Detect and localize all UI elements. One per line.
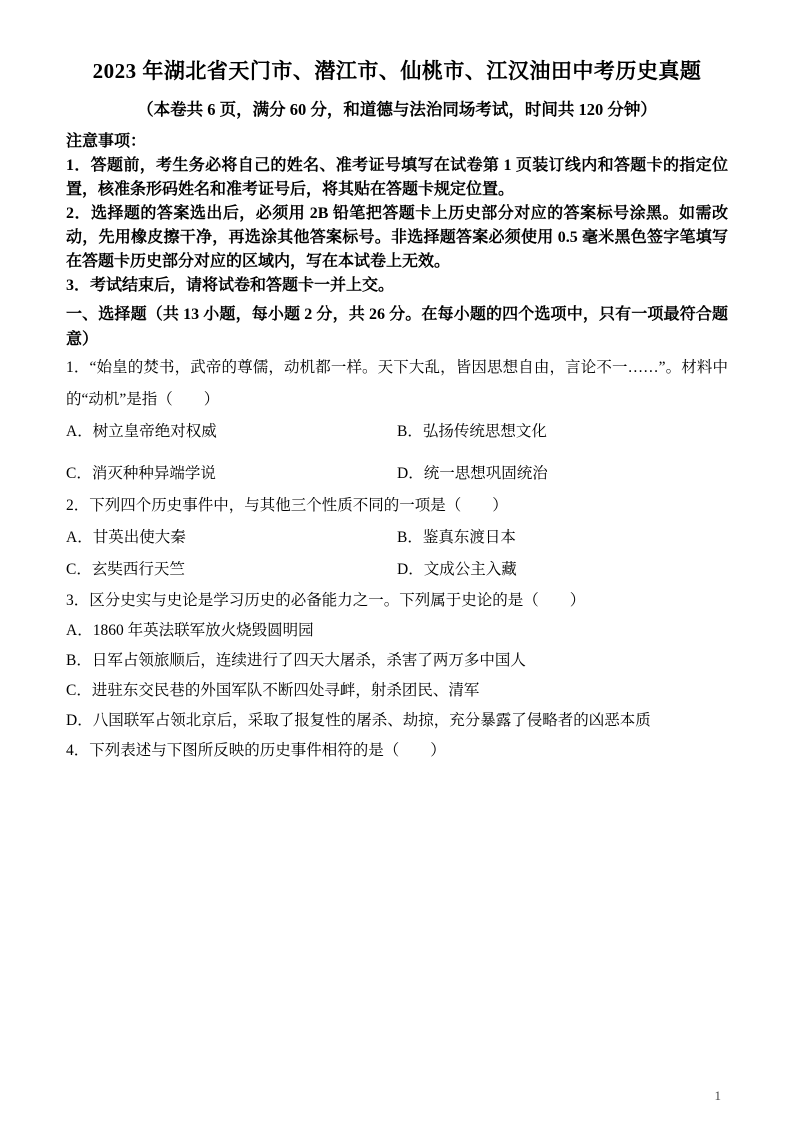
question-3-options: A．1860 年英法联军放火烧毁圆明园 B．日军占领旅顺后，连续进行了四天大屠杀… bbox=[66, 616, 728, 736]
question-1-option-b: B．弘扬传统思想文化 bbox=[397, 416, 728, 448]
question-1-option-a: A．树立皇帝绝对权威 bbox=[66, 416, 397, 448]
question-1-stem: 1．“始皇的焚书，武帝的尊儒，动机都一样。天下大乱，皆因思想自由，言论不一……”… bbox=[66, 352, 728, 416]
question-3-option-c: C．进驻东交民巷的外国军队不断四处寻衅，射杀团民、清军 bbox=[66, 676, 728, 706]
question-1-option-d: D．统一思想巩固统治 bbox=[397, 458, 728, 490]
question-3-option-b: B．日军占领旅顺后，连续进行了四天大屠杀，杀害了两万多中国人 bbox=[66, 646, 728, 676]
exam-page: 2023 年湖北省天门市、潜江市、仙桃市、江汉油田中考历史真题 （本卷共 6 页… bbox=[0, 0, 793, 1122]
exam-subtitle: （本卷共 6 页，满分 60 分，和道德与法治同场考试，时间共 120 分钟） bbox=[66, 98, 728, 122]
question-1-option-c: C．消灭种种异端学说 bbox=[66, 458, 397, 490]
notice-item-2: 2．选择题的答案选出后，必须用 2B 铅笔把答题卡上历史部分对应的答案标号涂黑。… bbox=[66, 202, 728, 274]
exam-content: 2023 年湖北省天门市、潜江市、仙桃市、江汉油田中考历史真题 （本卷共 6 页… bbox=[66, 0, 728, 766]
question-4: 4．下列表述与下图所反映的历史事件相符的是（ ） bbox=[66, 736, 728, 766]
question-2-option-a: A．甘英出使大秦 bbox=[66, 522, 397, 554]
question-4-stem: 4．下列表述与下图所反映的历史事件相符的是（ ） bbox=[66, 736, 728, 766]
question-2-stem: 2．下列四个历史事件中，与其他三个性质不同的一项是（ ） bbox=[66, 490, 728, 522]
question-2-option-b: B．鉴真东渡日本 bbox=[397, 522, 728, 554]
notice-item-1: 1．答题前，考生务必将自己的姓名、准考证号填写在试卷第 1 页装订线内和答题卡的… bbox=[66, 154, 728, 202]
notice-item-3: 3．考试结束后，请将试卷和答题卡一并上交。 bbox=[66, 274, 728, 298]
question-3-stem: 3．区分史实与史论是学习历史的必备能力之一。下列属于史论的是（ ） bbox=[66, 586, 728, 616]
question-2: 2．下列四个历史事件中，与其他三个性质不同的一项是（ ） A．甘英出使大秦 B．… bbox=[66, 490, 728, 586]
question-3: 3．区分史实与史论是学习历史的必备能力之一。下列属于史论的是（ ） A．1860… bbox=[66, 586, 728, 736]
question-2-option-d: D．文成公主入藏 bbox=[397, 554, 728, 586]
question-1: 1．“始皇的焚书，武帝的尊儒，动机都一样。天下大乱，皆因思想自由，言论不一……”… bbox=[66, 352, 728, 490]
question-2-options: A．甘英出使大秦 B．鉴真东渡日本 C．玄奘西行天竺 D．文成公主入藏 bbox=[66, 522, 728, 586]
question-3-option-a: A．1860 年英法联军放火烧毁圆明园 bbox=[66, 616, 728, 646]
notice-heading: 注意事项： bbox=[66, 130, 728, 154]
exam-title: 2023 年湖北省天门市、潜江市、仙桃市、江汉油田中考历史真题 bbox=[66, 56, 728, 86]
question-1-options: A．树立皇帝绝对权威 B．弘扬传统思想文化 C．消灭种种异端学说 D．统一思想巩… bbox=[66, 416, 728, 490]
question-3-option-d: D．八国联军占领北京后，采取了报复性的屠杀、劫掠，充分暴露了侵略者的凶恶本质 bbox=[66, 706, 728, 736]
question-2-option-c: C．玄奘西行天竺 bbox=[66, 554, 397, 586]
page-number: 1 bbox=[715, 1088, 722, 1104]
section-heading: 一、选择题（共 13 小题，每小题 2 分，共 26 分。在每小题的四个选项中，… bbox=[66, 302, 728, 352]
